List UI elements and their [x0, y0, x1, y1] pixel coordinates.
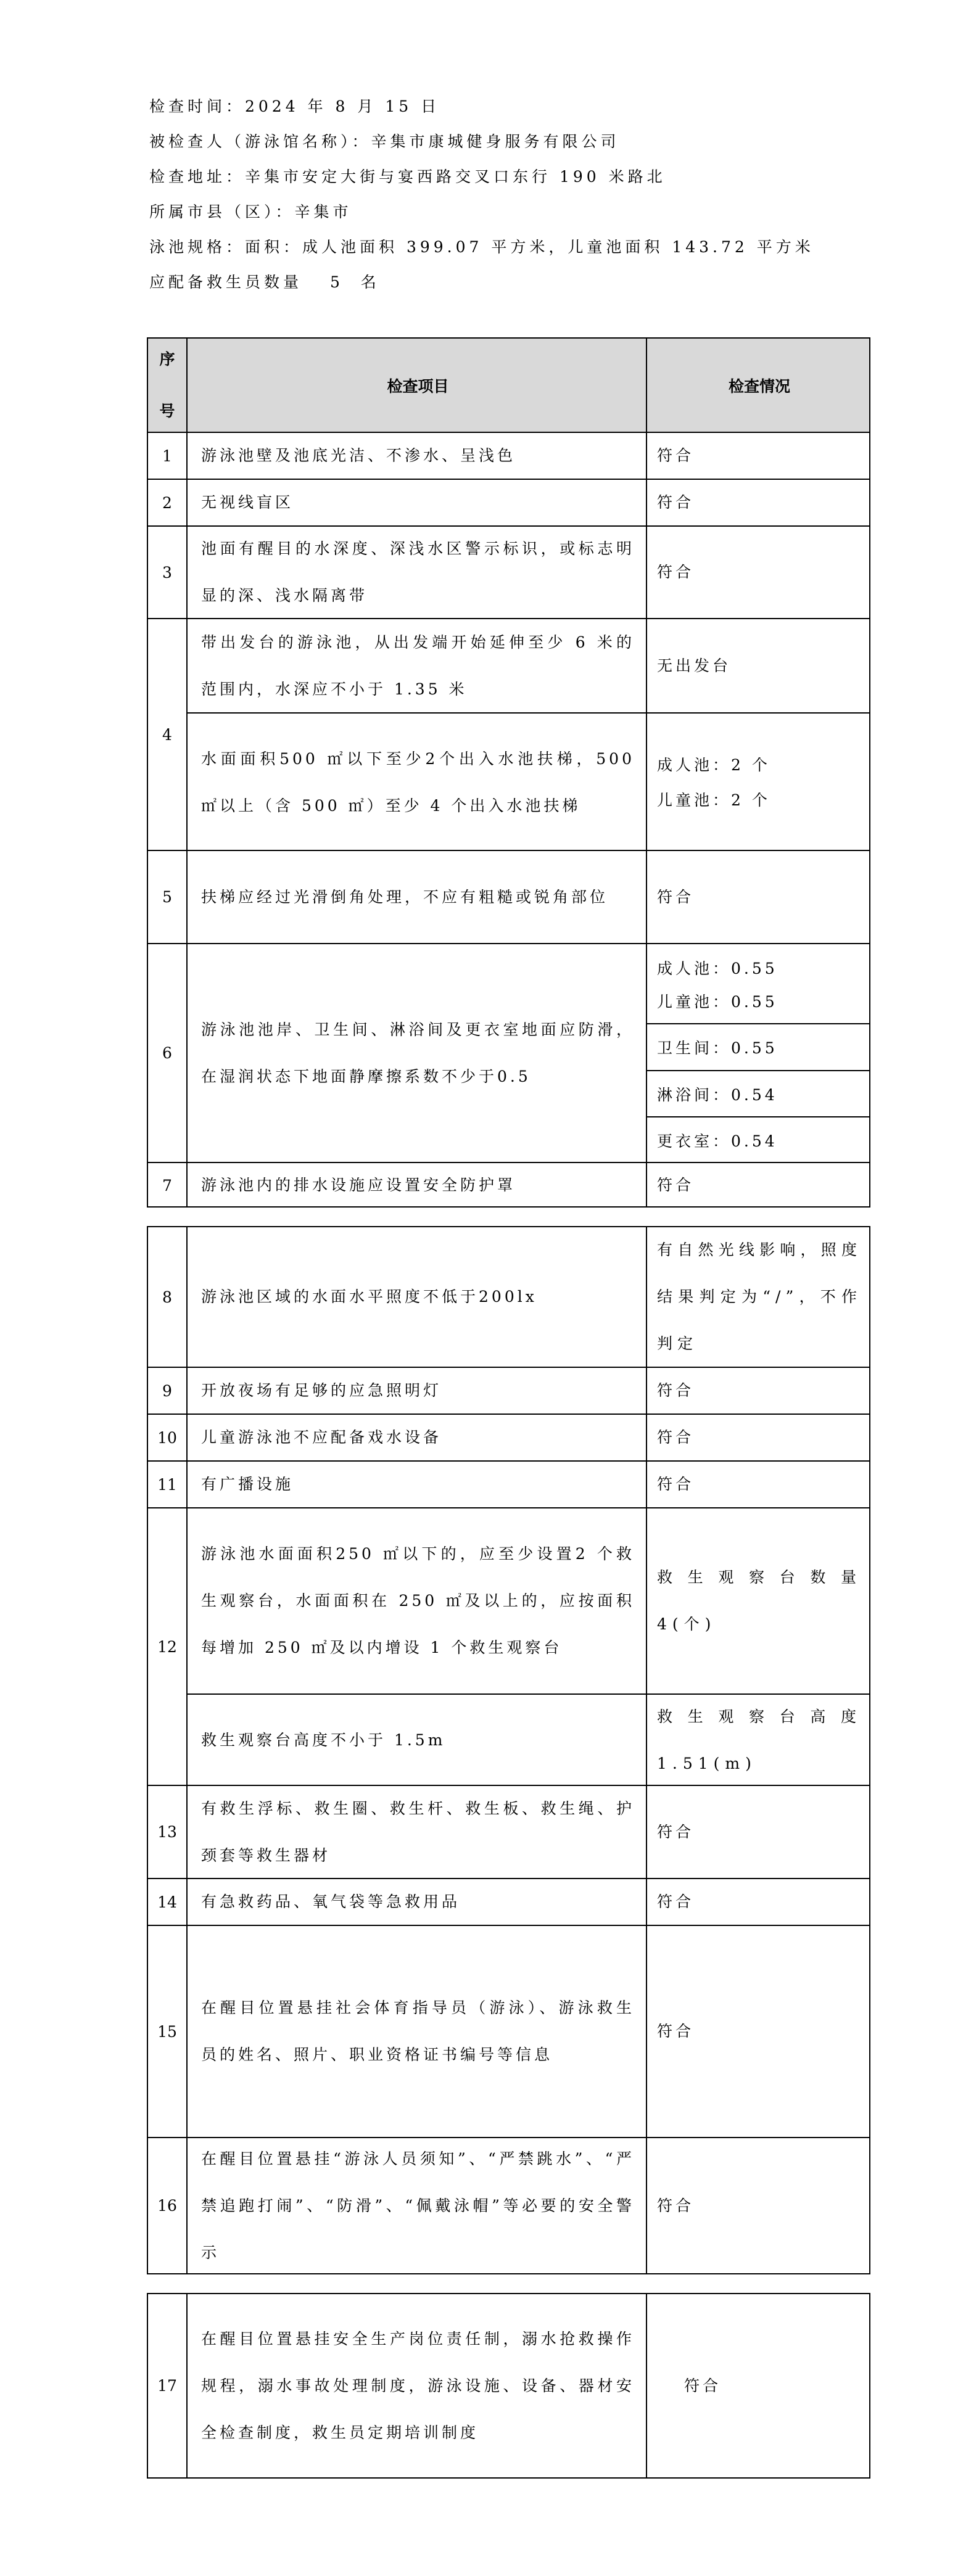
table-row: 17 在醒目位置悬挂安全生产岗位责任制，溺水抢救操作规程，溺水事故处理制度，游泳…: [148, 2294, 869, 2477]
row-item: 有救生浮标、救生圈、救生杆、救生板、救生绳、护颈套等救生器材: [188, 1786, 647, 1878]
row-result-text: 符合: [657, 1162, 862, 1209]
row-item-text: 带出发台的游泳池，从出发端开始延伸至少 6 米的范围内，水深应不小于 1.35 …: [201, 619, 635, 713]
row-result-text: 符合: [657, 874, 862, 921]
inspection-table-part3: 17 在醒目位置悬挂安全生产岗位责任制，溺水抢救操作规程，溺水事故处理制度，游泳…: [147, 2293, 870, 2479]
row-result-text: 符合: [657, 1809, 862, 1856]
row-item-group: 带出发台的游泳池，从出发端开始延伸至少 6 米的范围内，水深应不小于 1.35 …: [188, 619, 647, 850]
table-row: 13 有救生浮标、救生圈、救生杆、救生板、救生绳、护颈套等救生器材 符合: [148, 1785, 869, 1878]
row-result-line: 儿童池：2 个: [657, 783, 770, 818]
row-item: 儿童游泳池不应配备戏水设备: [188, 1415, 647, 1460]
row-result: 符合: [647, 1879, 869, 1925]
row-item: 无视线盲区: [188, 480, 647, 525]
row-result-sub: 卫生间：0.55: [647, 1023, 869, 1070]
row-result-line: 更衣室：0.54: [657, 1129, 778, 1151]
inspection-time: 检查时间：2024 年 8 月 15 日: [149, 96, 440, 117]
row-item: 开放夜场有足够的应急照明灯: [188, 1368, 647, 1414]
row-item-text: 在醒目位置悬挂安全生产岗位责任制，溺水抢救操作规程，溺水事故处理制度，游泳设施、…: [201, 2316, 635, 2456]
row-result-sub: 成人池：0.55 儿童池：0.55: [647, 944, 869, 1023]
header-item-label: 检查项目: [387, 374, 448, 397]
row-item: 有急救药品、氧气袋等急救用品: [188, 1879, 647, 1925]
row-no: 14: [148, 1879, 188, 1925]
row-item-text: 开放夜场有足够的应急照明灯: [201, 1367, 635, 1414]
row-result-sub: 成人池：2 个 儿童池：2 个: [647, 712, 869, 851]
row-item-text: 无视线盲区: [201, 479, 635, 526]
row-result-text: 符合: [657, 1367, 862, 1414]
row-no: 3: [148, 527, 188, 618]
row-result-text: 符合: [657, 1461, 862, 1508]
row-result-text: 符合: [657, 1879, 862, 1925]
table-row: 14 有急救药品、氧气袋等急救用品 符合: [148, 1878, 869, 1925]
table-row: 11 有广播设施 符合: [148, 1460, 869, 1507]
table-row: 5 扶梯应经过光滑倒角处理，不应有粗糙或锐角部位 符合: [148, 850, 869, 943]
header-result-label: 检查情况: [729, 374, 790, 397]
row-result: 符合: [647, 1163, 869, 1208]
row-result-group: 成人池：0.55 儿童池：0.55 卫生间：0.55 淋浴间：0.54 更衣室：…: [647, 944, 869, 1162]
row-result-text: 符合: [657, 2183, 862, 2229]
row-item-text: 水面面积500 ㎡以下至少2个出入水池扶梯，500 ㎡以上（含 500 ㎡）至少…: [201, 736, 635, 829]
header-no-line1: 序: [159, 347, 175, 372]
row-item: 游泳池区域的水面水平照度不低于200lx: [188, 1227, 647, 1367]
row-result-text: 符合: [657, 1414, 862, 1461]
row-no: 9: [148, 1368, 188, 1414]
row-result-text: 符合: [657, 549, 862, 596]
row-result-line: 成人池：2 个: [657, 747, 770, 783]
row-no: 13: [148, 1786, 188, 1878]
table-row: 2 无视线盲区 符合: [148, 479, 869, 525]
row-result: 符合: [647, 1368, 869, 1414]
row-no: 15: [148, 1926, 188, 2137]
table-header-row: 序 号 检查项目 检查情况: [148, 339, 869, 432]
inspection-address: 检查地址：辛集市安定大街与宴西路交叉口东行 190 米路北: [149, 167, 666, 187]
row-item: 池面有醒目的水深度、深浅水区警示标识，或标志明显的深、浅水隔离带: [188, 527, 647, 618]
row-item: 扶梯应经过光滑倒角处理，不应有粗糙或锐角部位: [188, 851, 647, 943]
row-result: 符合: [647, 527, 869, 618]
row-no: 4: [148, 619, 188, 850]
row-item-text: 在醒目位置悬挂“游泳人员须知”、“严禁跳水”、“严禁追跑打闹”、“防滑”、“佩戴…: [201, 2136, 635, 2276]
row-item-text: 游泳池内的排水设施应设置安全防护罩: [201, 1162, 635, 1209]
row-item-text: 扶梯应经过光滑倒角处理，不应有粗糙或锐角部位: [201, 874, 635, 921]
row-result: 符合: [647, 851, 869, 943]
header-result: 检查情况: [647, 339, 869, 432]
table-row: 9 开放夜场有足够的应急照明灯 符合: [148, 1367, 869, 1414]
row-item-sub: 游泳池水面面积250 ㎡以下的，应至少设置2 个救生观察台，水面面积在 250 …: [188, 1508, 646, 1693]
row-no: 5: [148, 851, 188, 943]
row-result: 符合: [647, 1462, 869, 1507]
lifeguards-required: 应配备救生员数量 5 名: [149, 272, 380, 293]
header-no: 序 号: [148, 339, 188, 432]
row-result-text: 符合: [684, 2363, 862, 2409]
row-item: 有广播设施: [188, 1462, 647, 1507]
row-result-sub: 淋浴间：0.54: [647, 1070, 869, 1116]
row-result: 符合: [647, 1786, 869, 1878]
row-item: 游泳池壁及池底光洁、不渗水、呈浅色: [188, 433, 647, 479]
table-row: 15 在醒目位置悬挂社会体育指导员（游泳）、游泳救生员的姓名、照片、职业资格证书…: [148, 1925, 869, 2137]
row-item: 在醒目位置悬挂社会体育指导员（游泳）、游泳救生员的姓名、照片、职业资格证书编号等…: [188, 1926, 647, 2137]
row-item-text: 游泳池水面面积250 ㎡以下的，应至少设置2 个救生观察台，水面面积在 250 …: [201, 1531, 635, 1671]
row-result-text: 符合: [657, 432, 862, 479]
row-result-group: 救生观察台数量4(个) 救生观察台高度1.51(m): [647, 1508, 869, 1785]
row-result-text: 符合: [657, 2008, 862, 2055]
header-no-line2: 号: [159, 399, 175, 424]
row-result-text: 符合: [657, 479, 862, 526]
row-result: 有自然光线影响，照度结果判定为“/”，不作判定: [647, 1227, 869, 1367]
row-no: 8: [148, 1227, 188, 1367]
row-result: 符合: [647, 1415, 869, 1460]
row-no: 2: [148, 480, 188, 525]
row-no: 10: [148, 1415, 188, 1460]
row-item-text: 池面有醒目的水深度、深浅水区警示标识，或标志明显的深、浅水隔离带: [201, 525, 635, 619]
district: 所属市县（区）：辛集市: [149, 202, 352, 223]
row-item-text: 游泳池区域的水面水平照度不低于200lx: [201, 1274, 635, 1320]
table-row: 12 游泳池水面面积250 ㎡以下的，应至少设置2 个救生观察台，水面面积在 2…: [148, 1507, 869, 1785]
row-item-sub: 水面面积500 ㎡以下至少2个出入水池扶梯，500 ㎡以上（含 500 ㎡）至少…: [188, 712, 646, 851]
row-result-sub: 救生观察台高度1.51(m): [647, 1693, 869, 1786]
row-no: 7: [148, 1163, 188, 1208]
inspection-table-part2: 8 游泳池区域的水面水平照度不低于200lx 有自然光线影响，照度结果判定为“/…: [147, 1226, 870, 2274]
table-row: 8 游泳池区域的水面水平照度不低于200lx 有自然光线影响，照度结果判定为“/…: [148, 1227, 869, 1367]
row-result-line: 卫生间：0.55: [657, 1036, 778, 1058]
row-item-text: 有救生浮标、救生圈、救生杆、救生板、救生绳、护颈套等救生器材: [201, 1785, 635, 1879]
row-no: 11: [148, 1462, 188, 1507]
row-result-line: 儿童池：0.55: [657, 986, 778, 1019]
row-item-sub: 带出发台的游泳池，从出发端开始延伸至少 6 米的范围内，水深应不小于 1.35 …: [188, 619, 646, 712]
row-result-text: 无出发台: [657, 643, 862, 689]
row-result-group: 无出发台 成人池：2 个 儿童池：2 个: [647, 619, 869, 850]
row-no: 16: [148, 2138, 188, 2273]
row-result: 符合: [647, 433, 869, 479]
row-result: 符合: [647, 2294, 869, 2477]
row-item: 游泳池内的排水设施应设置安全防护罩: [188, 1163, 647, 1208]
row-item-text: 游泳池池岸、卫生间、淋浴间及更衣室地面应防滑，在湿润状态下地面静摩擦系数不少于0…: [201, 1006, 635, 1100]
row-no: 12: [148, 1508, 188, 1785]
row-item-text: 有急救药品、氧气袋等急救用品: [201, 1879, 635, 1925]
table-row: 6 游泳池池岸、卫生间、淋浴间及更衣室地面应防滑，在湿润状态下地面静摩擦系数不少…: [148, 943, 869, 1162]
table-row: 16 在醒目位置悬挂“游泳人员须知”、“严禁跳水”、“严禁追跑打闹”、“防滑”、…: [148, 2137, 869, 2273]
row-result: 符合: [647, 480, 869, 525]
row-item-text: 救生观察台高度不小于 1.5m: [201, 1717, 635, 1764]
row-result-sub: 无出发台: [647, 619, 869, 712]
table-row: 3 池面有醒目的水深度、深浅水区警示标识，或标志明显的深、浅水隔离带 符合: [148, 525, 869, 618]
table-row: 4 带出发台的游泳池，从出发端开始延伸至少 6 米的范围内，水深应不小于 1.3…: [148, 618, 869, 850]
row-item: 在醒目位置悬挂安全生产岗位责任制，溺水抢救操作规程，溺水事故处理制度，游泳设施、…: [188, 2294, 647, 2477]
row-item-text: 游泳池壁及池底光洁、不渗水、呈浅色: [201, 432, 635, 479]
row-result-text: 有自然光线影响，照度结果判定为“/”，不作判定: [657, 1227, 862, 1367]
table-row: 1 游泳池壁及池底光洁、不渗水、呈浅色 符合: [148, 432, 869, 479]
row-result-text: 救生观察台高度1.51(m): [657, 1693, 862, 1787]
row-item-text: 有广播设施: [201, 1461, 635, 1508]
pool-spec: 泳池规格：面积：成人池面积 399.07 平方米，儿童池面积 143.72 平方…: [149, 237, 814, 258]
table-row: 10 儿童游泳池不应配备戏水设备 符合: [148, 1414, 869, 1460]
row-result: 符合: [647, 1926, 869, 2137]
inspected-party: 被检查人（游泳馆名称）：辛集市康城健身服务有限公司: [149, 131, 620, 152]
row-no: 1: [148, 433, 188, 479]
row-result-sub: 救生观察台数量4(个): [647, 1508, 869, 1693]
row-item: 游泳池池岸、卫生间、淋浴间及更衣室地面应防滑，在湿润状态下地面静摩擦系数不少于0…: [188, 944, 647, 1162]
row-no: 6: [148, 944, 188, 1162]
row-result-sub: 更衣室：0.54: [647, 1116, 869, 1163]
row-item-group: 游泳池水面面积250 ㎡以下的，应至少设置2 个救生观察台，水面面积在 250 …: [188, 1508, 647, 1785]
header-item: 检查项目: [188, 339, 647, 432]
inspection-table-part1: 序 号 检查项目 检查情况 1 游泳池壁及池底光洁、不渗水、呈浅色 符合 2 无…: [147, 337, 870, 1208]
row-result-line: 淋浴间：0.54: [657, 1083, 778, 1105]
row-result-text: 救生观察台数量4(个): [657, 1554, 862, 1648]
row-no: 17: [148, 2294, 188, 2477]
row-result-line: 成人池：0.55: [657, 952, 778, 986]
row-item-text: 儿童游泳池不应配备戏水设备: [201, 1414, 635, 1461]
row-result: 符合: [647, 2138, 869, 2273]
row-item-sub: 救生观察台高度不小于 1.5m: [188, 1693, 646, 1786]
row-item: 在醒目位置悬挂“游泳人员须知”、“严禁跳水”、“严禁追跑打闹”、“防滑”、“佩戴…: [188, 2138, 647, 2273]
row-item-text: 在醒目位置悬挂社会体育指导员（游泳）、游泳救生员的姓名、照片、职业资格证书编号等…: [201, 1985, 635, 2078]
table-row: 7 游泳池内的排水设施应设置安全防护罩 符合: [148, 1162, 869, 1208]
